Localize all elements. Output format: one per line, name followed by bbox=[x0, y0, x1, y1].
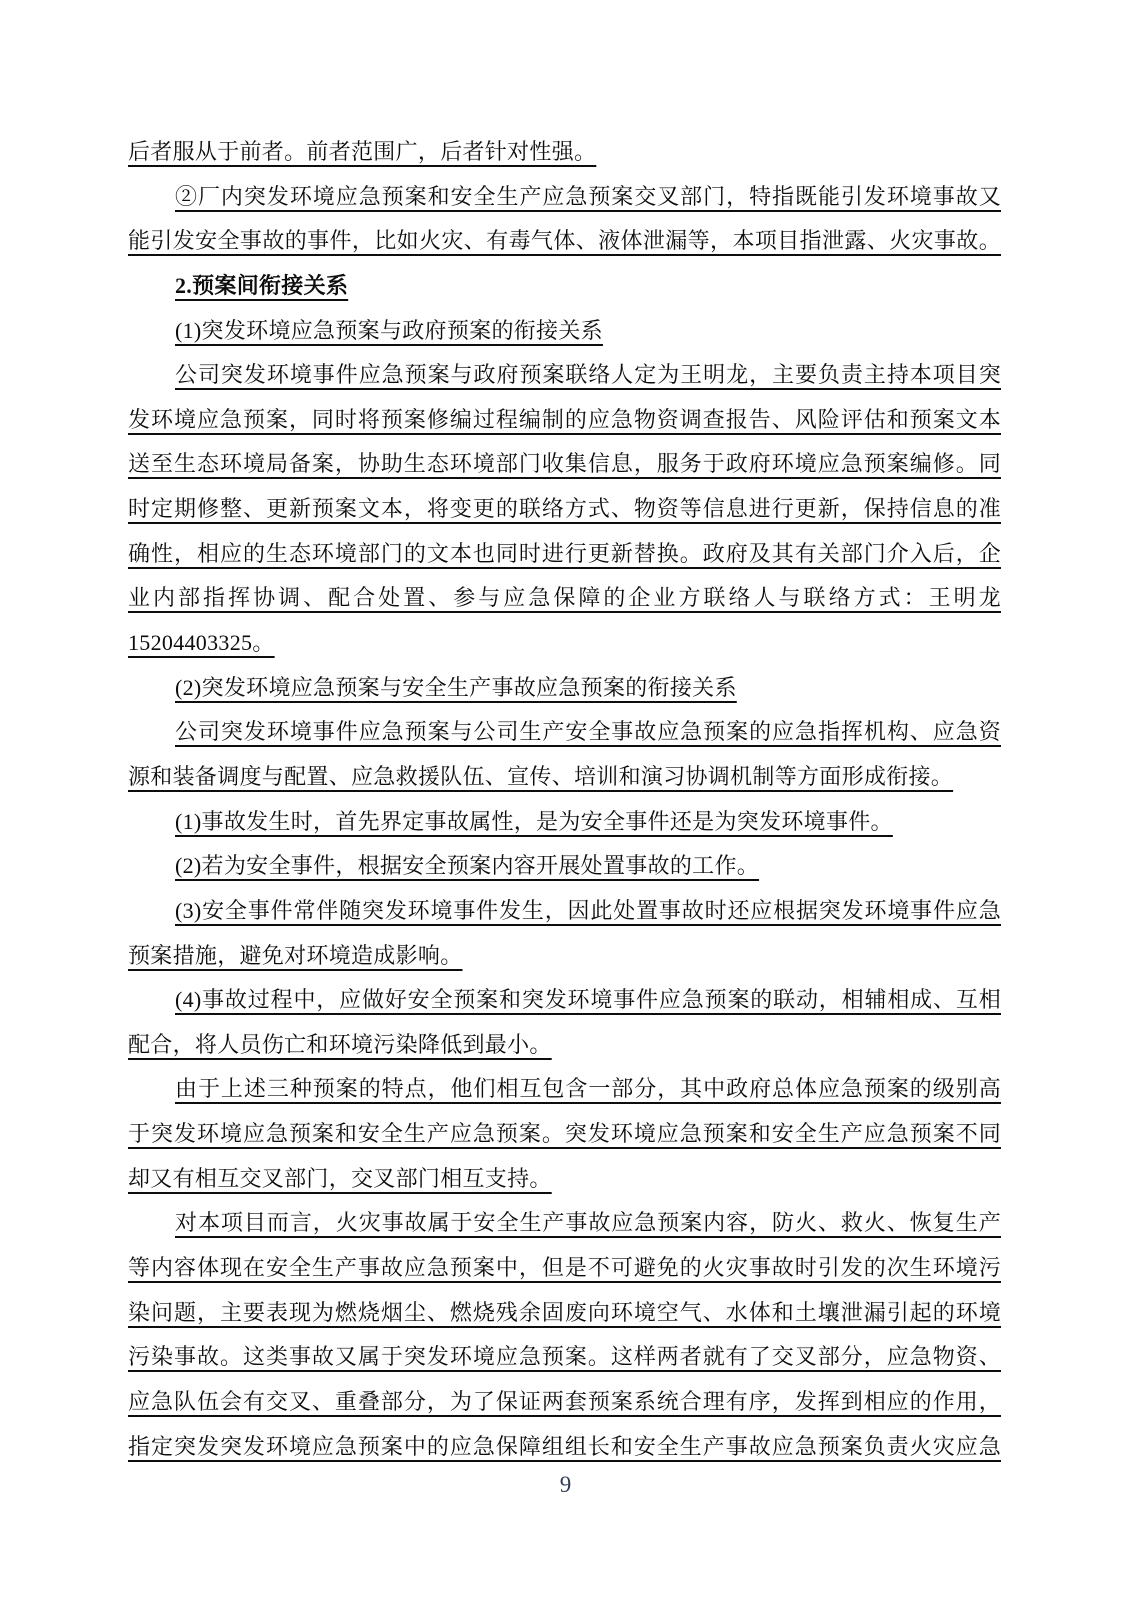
text-line: 确性，相应的生态环境部门的文本也同时进行更新替换。政府及其有关部门介入后，企 bbox=[128, 532, 1001, 577]
document-body: 后者服从于前者。前者范围广，后者针对性强。②厂内突发环境应急预案和安全生产应急预… bbox=[128, 130, 1001, 1469]
text-line: 公司突发环境事件应急预案与公司生产安全事故应急预案的应急指挥机构、应急资 bbox=[128, 710, 1001, 755]
text-line: 污染事故。这类事故又属于突发环境应急预案。这样两者就有了交叉部分，应急物资、 bbox=[128, 1335, 1001, 1380]
text-line: 送至生态环境局备案，协助生态环境部门收集信息，服务于政府环境应急预案编修。同 bbox=[128, 442, 1001, 487]
text-line: 预案措施，避免对环境造成影响。 bbox=[128, 934, 1001, 979]
text-line: 时定期修整、更新预案文本，将变更的联络方式、物资等信息进行更新，保持信息的准 bbox=[128, 487, 1001, 532]
page-number: 9 bbox=[0, 1472, 1131, 1498]
text-line: (2)突发环境应急预案与安全生产事故应急预案的衔接关系 bbox=[128, 666, 1001, 711]
text-line: 指定突发突发环境应急预案中的应急保障组组长和安全生产事故应急预案负责火灾应急 bbox=[128, 1425, 1001, 1470]
text-line: 业内部指挥协调、配合处置、参与应急保障的企业方联络人与联络方式：王明龙 bbox=[128, 576, 1001, 621]
text-line: 15204403325。 bbox=[128, 621, 1001, 666]
text-line: (2)若为安全事件，根据安全预案内容开展处置事故的工作。 bbox=[128, 844, 1001, 889]
text-line: 于突发环境应急预案和安全生产应急预案。突发环境应急预案和安全生产应急预案不同 bbox=[128, 1112, 1001, 1157]
text-line: 发环境应急预案，同时将预案修编过程编制的应急物资调查报告、风险评估和预案文本 bbox=[128, 398, 1001, 443]
text-line: 源和装备调度与配置、应急救援队伍、宣传、培训和演习协调机制等方面形成衔接。 bbox=[128, 755, 1001, 800]
text-line: 染问题，主要表现为燃烧烟尘、燃烧残余固废向环境空气、水体和土壤泄漏引起的环境 bbox=[128, 1291, 1001, 1336]
text-line: 应急队伍会有交叉、重叠部分，为了保证两套预案系统合理有序，发挥到相应的作用， bbox=[128, 1380, 1001, 1425]
document-page: 后者服从于前者。前者范围广，后者针对性强。②厂内突发环境应急预案和安全生产应急预… bbox=[0, 0, 1131, 1600]
text-line: (1)突发环境应急预案与政府预案的衔接关系 bbox=[128, 309, 1001, 354]
text-line: (1)事故发生时，首先界定事故属性，是为安全事件还是为突发环境事件。 bbox=[128, 800, 1001, 845]
text-line: 配合，将人员伤亡和环境污染降低到最小。 bbox=[128, 1023, 1001, 1068]
text-line: 等内容体现在安全生产事故应急预案中，但是不可避免的火灾事故时引发的次生环境污 bbox=[128, 1246, 1001, 1291]
text-line: 2.预案间衔接关系 bbox=[128, 264, 1001, 309]
text-line: 后者服从于前者。前者范围广，后者针对性强。 bbox=[128, 130, 1001, 175]
text-line: ②厂内突发环境应急预案和安全生产应急预案交叉部门，特指既能引发环境事故又 bbox=[128, 175, 1001, 220]
text-line: 能引发安全事故的事件，比如火灾、有毒气体、液体泄漏等，本项目指泄露、火灾事故。 bbox=[128, 219, 1001, 264]
text-line: 由于上述三种预案的特点，他们相互包含一部分，其中政府总体应急预案的级别高 bbox=[128, 1067, 1001, 1112]
text-line: 公司突发环境事件应急预案与政府预案联络人定为王明龙，主要负责主持本项目突 bbox=[128, 353, 1001, 398]
text-line: 却又有相互交叉部门，交叉部门相互支持。 bbox=[128, 1157, 1001, 1202]
text-line: (4)事故过程中，应做好安全预案和突发环境事件应急预案的联动，相辅相成、互相 bbox=[128, 978, 1001, 1023]
text-line: (3)安全事件常伴随突发环境事件发生，因此处置事故时还应根据突发环境事件应急 bbox=[128, 889, 1001, 934]
text-line: 对本项目而言，火灾事故属于安全生产事故应急预案内容，防火、救火、恢复生产 bbox=[128, 1201, 1001, 1246]
